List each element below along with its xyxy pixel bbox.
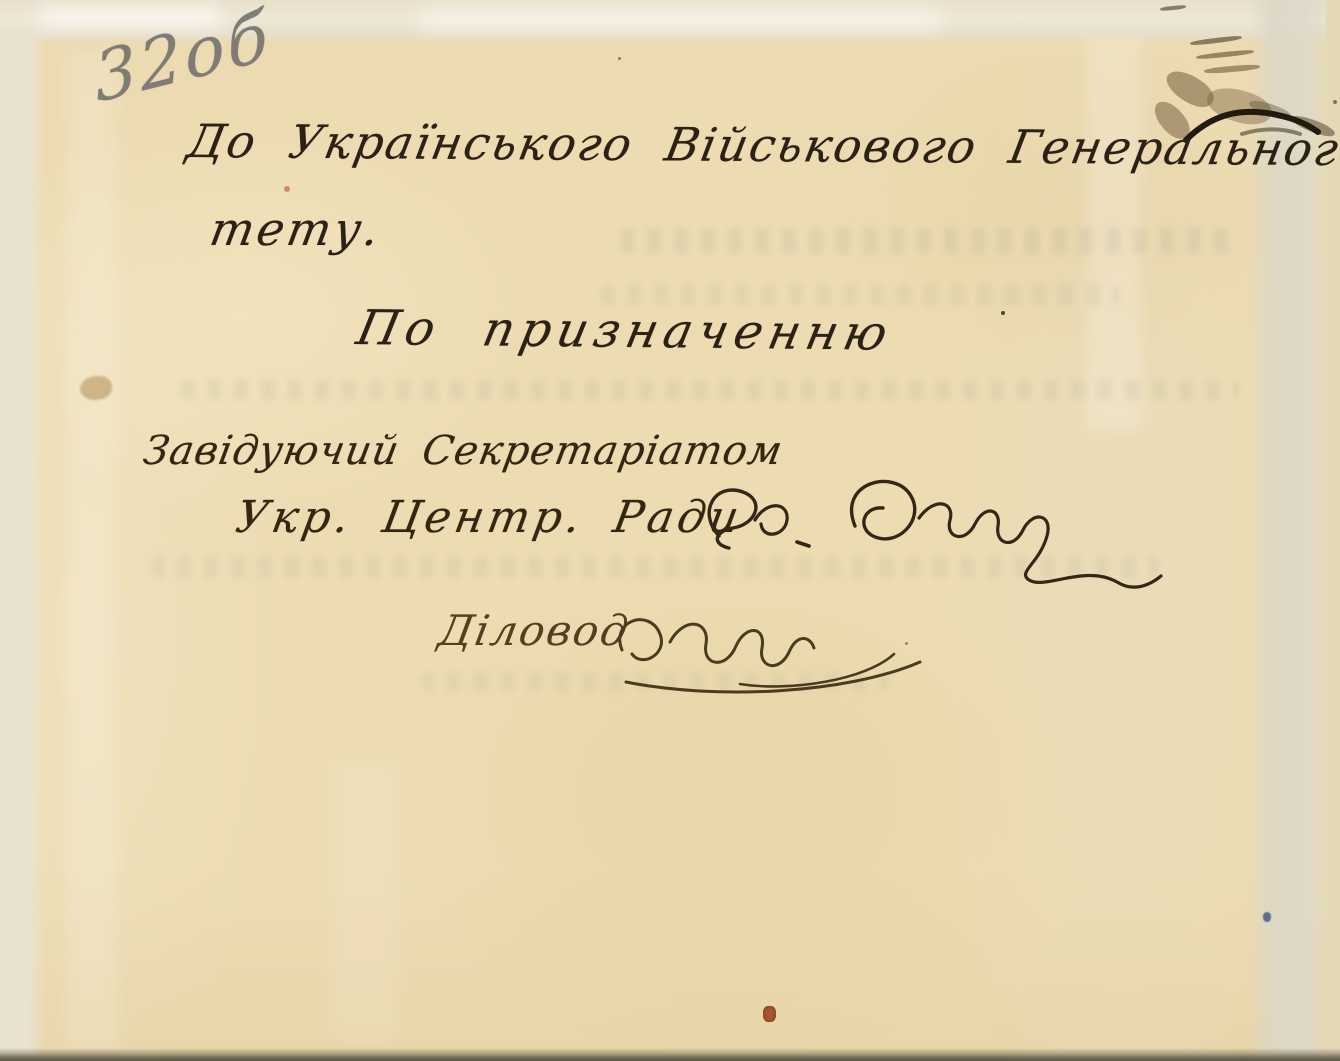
bleed-through-text: [620, 228, 1240, 254]
secretary-signature: [685, 462, 1165, 612]
paper-streak: [66, 50, 118, 1050]
paper-streak: [330, 760, 400, 1040]
ink-dot: [1263, 912, 1271, 922]
clerk-signature: [592, 596, 932, 706]
address-line-1: До Українського Військового Генерального…: [183, 114, 1340, 177]
speck: [905, 642, 908, 645]
paper-left-edge: [0, 30, 46, 1061]
bleed-through-text: [180, 380, 1240, 400]
speck: [1001, 311, 1005, 315]
stain-spot: [284, 186, 290, 192]
paper-streak: [1086, 0, 1142, 430]
document-scan: 32об До Українського Військового Генерал…: [0, 0, 1340, 1061]
resolution-line: По призначенню: [352, 300, 898, 361]
stain-spot: [763, 1006, 776, 1022]
position-line-2: Укр. Центр. Ради: [232, 492, 747, 543]
address-line-2: тету.: [206, 202, 386, 256]
speck: [618, 57, 621, 60]
stain-spot: [80, 376, 112, 400]
speck: [1333, 100, 1337, 104]
scan-bottom-edge: [0, 1048, 1340, 1061]
